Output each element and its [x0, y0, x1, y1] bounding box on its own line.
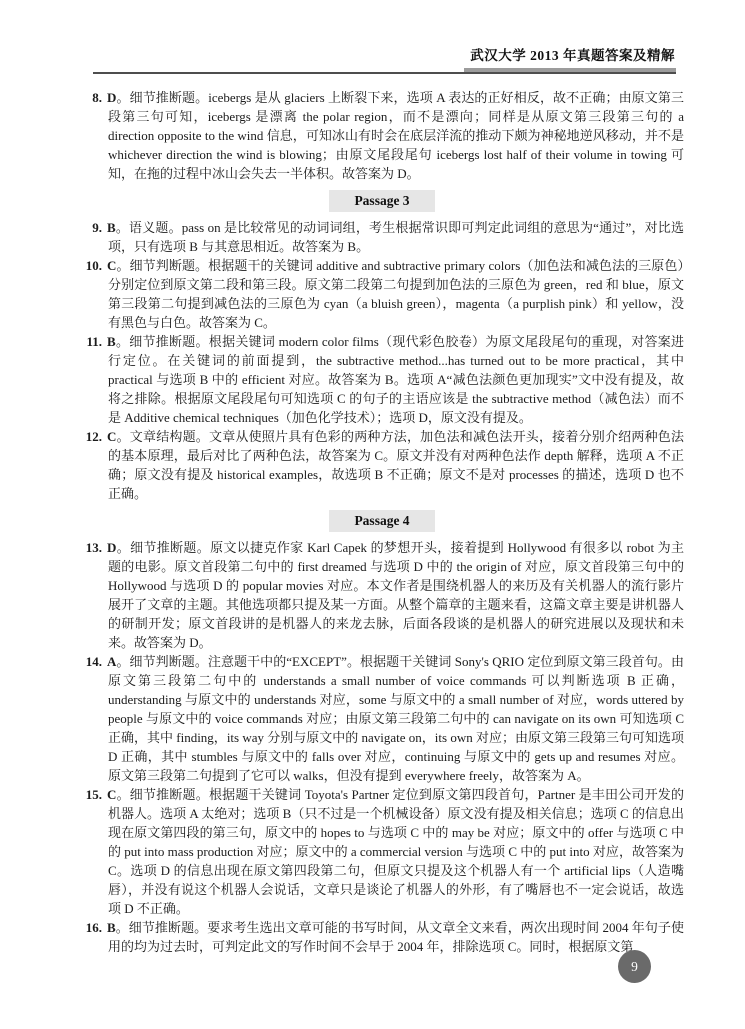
- item-text: 。细节推断题。要求考生选出文章可能的书写时间，从文章全文来看，两次出现时间 20…: [108, 920, 684, 954]
- item-text: 。细节推断题。icebergs 是从 glaciers 上断裂下来，选项 A 表…: [108, 90, 684, 181]
- answer-item-11: 11.B。细节推断题。根据关键词 modern color films（现代彩色…: [80, 332, 684, 427]
- answer-item-15: 15.C。细节推断题。根据题干关键词 Toyota's Partner 定位到原…: [80, 785, 684, 918]
- item-text: 。细节推断题。根据关键词 modern color films（现代彩色胶卷）为…: [108, 334, 684, 425]
- item-number: 13.: [80, 538, 102, 557]
- item-answer: B: [107, 334, 116, 349]
- item-answer: D: [107, 540, 116, 555]
- answer-item-10: 10.C。细节判断题。根据题干的关键词 additive and subtrac…: [80, 256, 684, 332]
- item-answer: B: [107, 920, 116, 935]
- page-header-title: 武汉大学 2013 年真题答案及精解: [93, 44, 676, 64]
- answer-item-13: 13.D。细节推断题。原文以捷克作家 Karl Capek 的梦想开头，接着提到…: [80, 538, 684, 652]
- item-answer: D: [107, 90, 116, 105]
- item-answer: C: [107, 429, 116, 444]
- item-number: 9.: [80, 218, 102, 237]
- header-rule-dark-line: [93, 72, 676, 74]
- item-number: 14.: [80, 652, 102, 671]
- item-answer: A: [107, 654, 116, 669]
- passage-4-heading: Passage 4: [80, 510, 684, 532]
- item-text: 。细节推断题。根据题干关键词 Toyota's Partner 定位到原文第四段…: [108, 787, 684, 916]
- item-number: 15.: [80, 785, 102, 804]
- page-header: 武汉大学 2013 年真题答案及精解: [93, 44, 676, 75]
- answer-explanations: 8.D。细节推断题。icebergs 是从 glaciers 上断裂下来，选项 …: [80, 88, 684, 956]
- passage-3-heading: Passage 3: [80, 190, 684, 212]
- answer-item-12: 12.C。文章结构题。文章从使照片具有色彩的两种方法，加色法和减色法开头，接着分…: [80, 427, 684, 503]
- item-answer: C: [107, 787, 116, 802]
- page-number-badge: 9: [618, 950, 651, 983]
- answer-item-9: 9.B。语义题。pass on 是比较常见的动词词组，考生根据常识即可判定此词组…: [80, 218, 684, 256]
- header-rule: [93, 68, 676, 75]
- item-text: 。细节判断题。注意题干中的“EXCEPT”。根据题干关键词 Sony's QRI…: [108, 654, 684, 783]
- item-text: 。语义题。pass on 是比较常见的动词词组，考生根据常识即可判定此词组的意思…: [108, 220, 684, 254]
- book-page: 武汉大学 2013 年真题答案及精解 8.D。细节推断题。icebergs 是从…: [0, 0, 745, 1029]
- passage-4-label: Passage 4: [329, 510, 434, 532]
- item-number: 11.: [80, 332, 102, 351]
- answer-item-8: 8.D。细节推断题。icebergs 是从 glaciers 上断裂下来，选项 …: [80, 88, 684, 183]
- passage-3-label: Passage 3: [329, 190, 434, 212]
- item-number: 10.: [80, 256, 102, 275]
- item-number: 16.: [80, 918, 102, 937]
- item-text: 。细节推断题。原文以捷克作家 Karl Capek 的梦想开头，接着提到 Hol…: [108, 540, 684, 650]
- answer-item-14: 14.A。细节判断题。注意题干中的“EXCEPT”。根据题干关键词 Sony's…: [80, 652, 684, 785]
- answer-item-16: 16.B。细节推断题。要求考生选出文章可能的书写时间，从文章全文来看，两次出现时…: [80, 918, 684, 956]
- item-answer: B: [107, 220, 116, 235]
- item-text: 。细节判断题。根据题干的关键词 additive and subtractive…: [108, 258, 684, 330]
- item-number: 12.: [80, 427, 102, 446]
- item-answer: C: [107, 258, 116, 273]
- item-text: 。文章结构题。文章从使照片具有色彩的两种方法，加色法和减色法开头，接着分别介绍两…: [108, 429, 684, 501]
- item-number: 8.: [80, 88, 102, 107]
